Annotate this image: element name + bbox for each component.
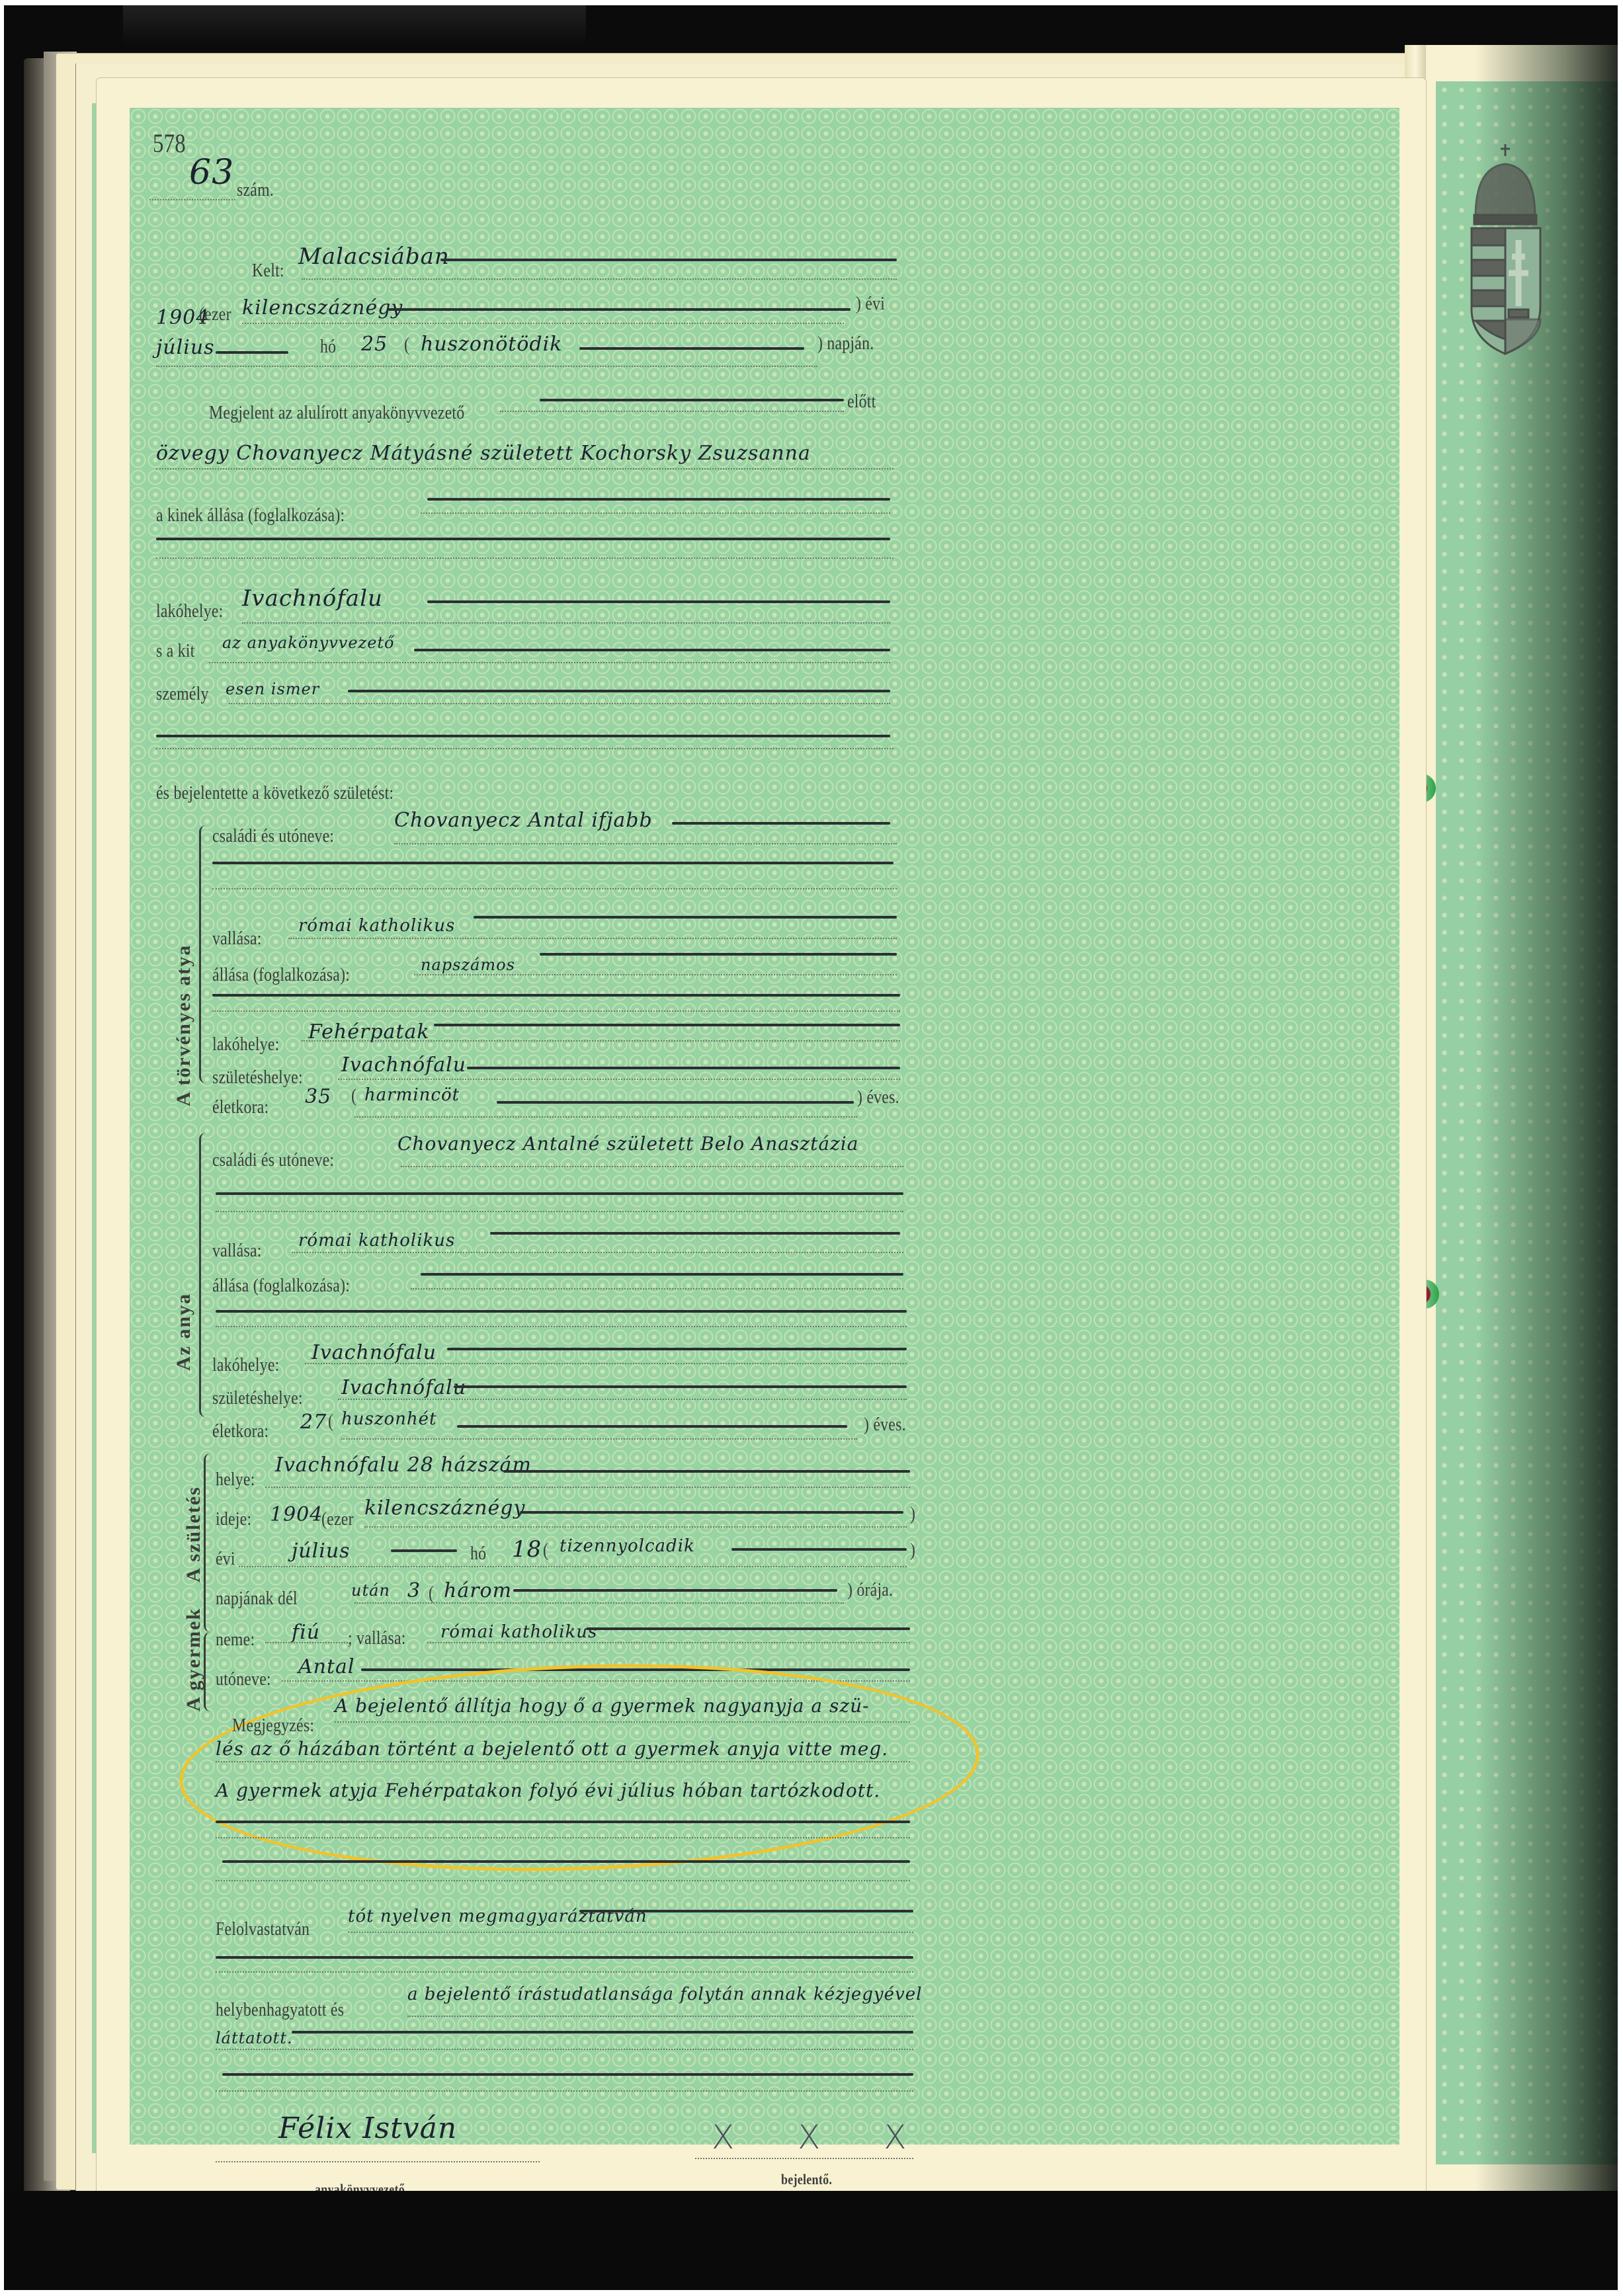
szemely-value: esen ismer xyxy=(226,680,319,698)
fill-line xyxy=(454,1385,907,1388)
fill-line xyxy=(222,2073,913,2076)
father-allasa-value: napszámos xyxy=(421,956,515,974)
mother-vallasa-label: vallása: xyxy=(212,1240,262,1262)
scan-bottom-background xyxy=(4,2191,1618,2290)
form-line xyxy=(216,1971,913,1973)
father-szuleteshelye-value: Ivachnófalu xyxy=(341,1053,466,1077)
mother-szuleteshelye-label: születéshelye: xyxy=(212,1387,303,1409)
form-line xyxy=(354,1602,844,1604)
father-vallasa-label: vallása: xyxy=(212,928,262,950)
closing-line2-value: láttatott. xyxy=(216,2029,293,2047)
fill-line xyxy=(216,1821,910,1823)
father-eletkora-label: életkora: xyxy=(212,1096,269,1118)
form-line xyxy=(414,974,897,975)
fill-line xyxy=(520,1511,903,1514)
child-neme-value: fiú xyxy=(292,1621,320,1644)
signature-line-registrar xyxy=(216,2161,540,2162)
form-line xyxy=(216,1761,910,1762)
birth-record-form: 578 63 szám. Kelt: Malacsiában 1904 (eze… xyxy=(130,108,1399,2145)
napjan-label: ) napján. xyxy=(817,333,874,354)
fill-line xyxy=(540,953,897,956)
remarks-line-3: A gyermek atyja Fehérpatakon folyó évi j… xyxy=(216,1780,880,1801)
fill-line xyxy=(579,347,804,350)
form-line xyxy=(216,1837,910,1838)
entry-number: 63 xyxy=(189,153,234,192)
birth-hour-words: három xyxy=(444,1579,512,1602)
fill-line xyxy=(490,1232,900,1235)
mother-szuleteshelye-value: Ivachnófalu xyxy=(341,1376,466,1399)
background-shadow xyxy=(123,5,586,45)
form-line xyxy=(216,1880,910,1881)
lakohelye-value: Ivachnófalu xyxy=(242,585,383,612)
birth-del-value: után xyxy=(351,1581,390,1600)
form-line xyxy=(209,662,890,663)
form-line xyxy=(265,1487,910,1488)
fill-line xyxy=(216,1956,913,1959)
right-page xyxy=(1423,45,1618,2194)
fill-line xyxy=(216,351,288,354)
day-value: 25 xyxy=(361,333,388,356)
form-line xyxy=(242,323,844,324)
form-line xyxy=(407,2016,913,2017)
kelt-label: Kelt: xyxy=(252,260,284,282)
mother-lakohelye-label: lakóhelye: xyxy=(212,1354,280,1376)
fill-line xyxy=(156,538,890,540)
kelt-place: Malacsiában xyxy=(298,243,450,270)
birth-ideje-year: 1904 xyxy=(270,1503,323,1526)
form-line xyxy=(305,1363,907,1364)
fill-line xyxy=(156,735,890,737)
szemely-label: személy xyxy=(156,683,209,705)
form-line xyxy=(364,1526,907,1528)
child-vallasa-value: római katholikus xyxy=(440,1622,597,1642)
form-line xyxy=(338,1399,907,1400)
form-line xyxy=(421,512,890,514)
fill-line xyxy=(414,649,890,651)
fill-line xyxy=(348,690,890,692)
birth-section-label: A születés xyxy=(183,1486,205,1582)
helybenhagyatott-value: a bejelentő írástudatlansága folytán ann… xyxy=(407,1985,922,2004)
form-line xyxy=(401,1166,903,1167)
form-line xyxy=(335,1721,910,1723)
mother-eletkora-label: életkora: xyxy=(212,1420,269,1442)
mother-eletkora-value: 27 xyxy=(300,1411,327,1434)
paren-open: ( xyxy=(543,1539,548,1561)
birth-evi-label: évi xyxy=(216,1548,235,1570)
father-eves-label: ) éves. xyxy=(857,1086,899,1108)
informant-label: bejelentő. xyxy=(781,2171,832,2188)
felolvastatvan-label: Felolvastatván xyxy=(216,1918,310,1940)
birth-day-words: tizennyolcadik xyxy=(560,1536,695,1556)
fill-line xyxy=(388,308,851,311)
remarks-label: Megjegyzés: xyxy=(232,1715,314,1737)
remarks-line-2: lés az ő házában történt a bejelentő ott… xyxy=(216,1738,888,1760)
form-line xyxy=(229,703,890,704)
paren-open: ( xyxy=(429,1582,434,1604)
paren-open: ( xyxy=(351,1085,356,1107)
form-line xyxy=(411,1288,903,1290)
lakohelye-label: lakóhelye: xyxy=(156,600,224,622)
birth-day-value: 18 xyxy=(512,1536,542,1563)
mother-allasa-label: állása (foglalkozása): xyxy=(212,1275,350,1297)
fill-line xyxy=(503,1470,910,1473)
registrar-signature: Félix István xyxy=(278,2111,457,2145)
fill-line xyxy=(212,994,900,997)
mother-brace xyxy=(199,1133,209,1417)
ho-label: hó xyxy=(320,336,336,358)
scanned-register-spread: 578 63 szám. Kelt: Malacsiában 1904 (eze… xyxy=(4,5,1618,2290)
mother-vallasa-value: római katholikus xyxy=(298,1231,455,1250)
entry-number-line xyxy=(149,199,235,200)
fill-line xyxy=(440,259,897,261)
fill-line xyxy=(513,1589,837,1592)
allasa-label: a kinek állása (foglalkozása): xyxy=(156,505,345,526)
fill-line xyxy=(212,862,894,864)
birth-ideje-label: ideje: xyxy=(216,1508,251,1530)
form-line xyxy=(354,1116,857,1118)
birth-ho-label: hó xyxy=(470,1543,486,1565)
page-number: 578 xyxy=(153,128,186,159)
form-line xyxy=(156,748,894,749)
father-eletkora-words: harmincöt xyxy=(364,1085,460,1105)
paren-close: ) xyxy=(910,1539,915,1561)
evi-label: ) évi xyxy=(856,293,885,315)
birth-hour-value: 3 xyxy=(407,1579,421,1602)
fill-line xyxy=(391,1549,457,1552)
father-lakohelye-label: lakóhelye: xyxy=(212,1034,280,1055)
paren-open: ( xyxy=(404,334,409,356)
fill-line xyxy=(427,600,890,603)
child-brace xyxy=(204,1632,214,1711)
elott-label: előtt xyxy=(847,391,876,413)
fill-line xyxy=(540,399,844,401)
birth-napjanak-label: napjának dél xyxy=(216,1588,298,1610)
birth-helye-label: helye: xyxy=(216,1469,255,1491)
entry-number-label: szám. xyxy=(237,179,274,201)
remarks-line-1: A bejelentő állítja hogy ő a gyermek nag… xyxy=(335,1695,870,1717)
mother-lakohelye-value: Ivachnófalu xyxy=(312,1341,437,1364)
form-line xyxy=(239,1566,907,1567)
fill-line xyxy=(216,1310,907,1313)
form-line xyxy=(341,1438,857,1440)
form-line xyxy=(500,411,844,412)
child-neme-label: neme: xyxy=(216,1629,255,1651)
form-line xyxy=(242,622,890,624)
form-line xyxy=(288,938,897,939)
child-vallasa-label: ; vallása: xyxy=(348,1627,406,1649)
megjelent-label: Megjelent az alulírott anyakönyvvezető xyxy=(209,402,464,424)
fill-line xyxy=(467,1067,900,1069)
form-line xyxy=(348,1932,913,1933)
form-line xyxy=(427,1642,910,1643)
fill-line xyxy=(427,498,890,501)
fill-line xyxy=(497,1101,854,1104)
form-line xyxy=(292,1252,903,1253)
father-name-value: Chovanyecz Antal ifjabb xyxy=(394,809,653,832)
birth-brace xyxy=(204,1454,214,1632)
child-section-label: A gyermek xyxy=(183,1608,205,1711)
form-line xyxy=(394,843,897,844)
form-line xyxy=(212,888,897,889)
form-line xyxy=(216,2090,913,2092)
informant-marks: X X X xyxy=(712,2118,933,2156)
form-line xyxy=(216,1326,907,1327)
bejelentette-label: és bejelentette a következő születést: xyxy=(156,782,394,804)
mother-name-label: családi és utóneve: xyxy=(212,1149,334,1171)
mother-name-value: Chovanyecz Antalné született Belo Anaszt… xyxy=(397,1133,858,1155)
form-line xyxy=(156,468,894,470)
right-page-shadow xyxy=(1476,45,1618,2194)
birth-month-value: július xyxy=(292,1539,351,1563)
ezer-label: (ezer xyxy=(199,304,231,325)
mother-section-label: Az anya xyxy=(173,1293,195,1371)
day-words: huszonötödik xyxy=(421,333,562,356)
father-szuleteshelye-label: születéshelye: xyxy=(212,1067,303,1088)
birth-oraja-label: ) órája. xyxy=(847,1579,893,1601)
fill-line xyxy=(292,2031,913,2033)
fill-line xyxy=(474,916,897,919)
form-line xyxy=(216,2049,913,2050)
appearing-person: özvegy Chovanyecz Mátyásné született Koc… xyxy=(156,442,811,465)
father-allasa-label: állása (foglalkozása): xyxy=(212,964,350,986)
father-name-label: családi és utóneve: xyxy=(212,825,334,847)
month-value: július xyxy=(156,336,215,359)
fill-line xyxy=(434,1024,900,1026)
ezer-label: (ezer xyxy=(321,1508,354,1530)
father-eletkora-value: 35 xyxy=(305,1085,331,1108)
register-page: 578 63 szám. Kelt: Malacsiában 1904 (eze… xyxy=(97,78,1426,2217)
father-vallasa-value: római katholikus xyxy=(298,916,455,936)
form-line xyxy=(302,278,897,280)
father-section-label: A törvényes atya xyxy=(173,944,195,1106)
remark-highlight-oval xyxy=(176,1651,983,1884)
form-line xyxy=(212,1010,900,1012)
mother-eves-label: ) éves. xyxy=(864,1414,906,1436)
sakit-label: s a kit xyxy=(156,640,195,662)
form-line xyxy=(216,1211,903,1212)
fill-line xyxy=(447,1348,907,1350)
paren-close: ) xyxy=(910,1503,915,1525)
child-utoneve-value: Antal xyxy=(298,1655,355,1678)
mother-eletkora-words: huszonhét xyxy=(341,1409,437,1429)
fill-line xyxy=(731,1548,907,1551)
fill-line xyxy=(216,1192,903,1195)
year-words: kilencszáznégy xyxy=(242,296,403,319)
form-line xyxy=(302,1040,900,1042)
hungarian-coat-of-arms-icon xyxy=(1462,141,1548,359)
birth-ideje-words: kilencszáznégy xyxy=(364,1496,525,1520)
signature-line-informant xyxy=(695,2158,913,2159)
child-utoneve-label: utóneve: xyxy=(216,1668,271,1690)
form-line xyxy=(338,1079,900,1080)
sakit-value: az anyakönyvvezető xyxy=(222,634,394,652)
paren-open: ( xyxy=(328,1411,333,1432)
form-line xyxy=(265,1642,348,1643)
fill-line xyxy=(222,1860,910,1863)
fill-line xyxy=(579,1910,913,1912)
father-brace xyxy=(199,825,209,1083)
form-line xyxy=(156,557,894,559)
fill-line xyxy=(421,1273,903,1276)
form-line xyxy=(156,366,817,367)
fill-line xyxy=(586,1627,910,1630)
fill-line xyxy=(672,822,890,825)
birth-helye-value: Ivachnófalu 28 házszám xyxy=(275,1454,532,1477)
fill-line xyxy=(457,1425,847,1428)
helybenhagyatott-label: helybenhagyatott és xyxy=(216,1999,344,2021)
